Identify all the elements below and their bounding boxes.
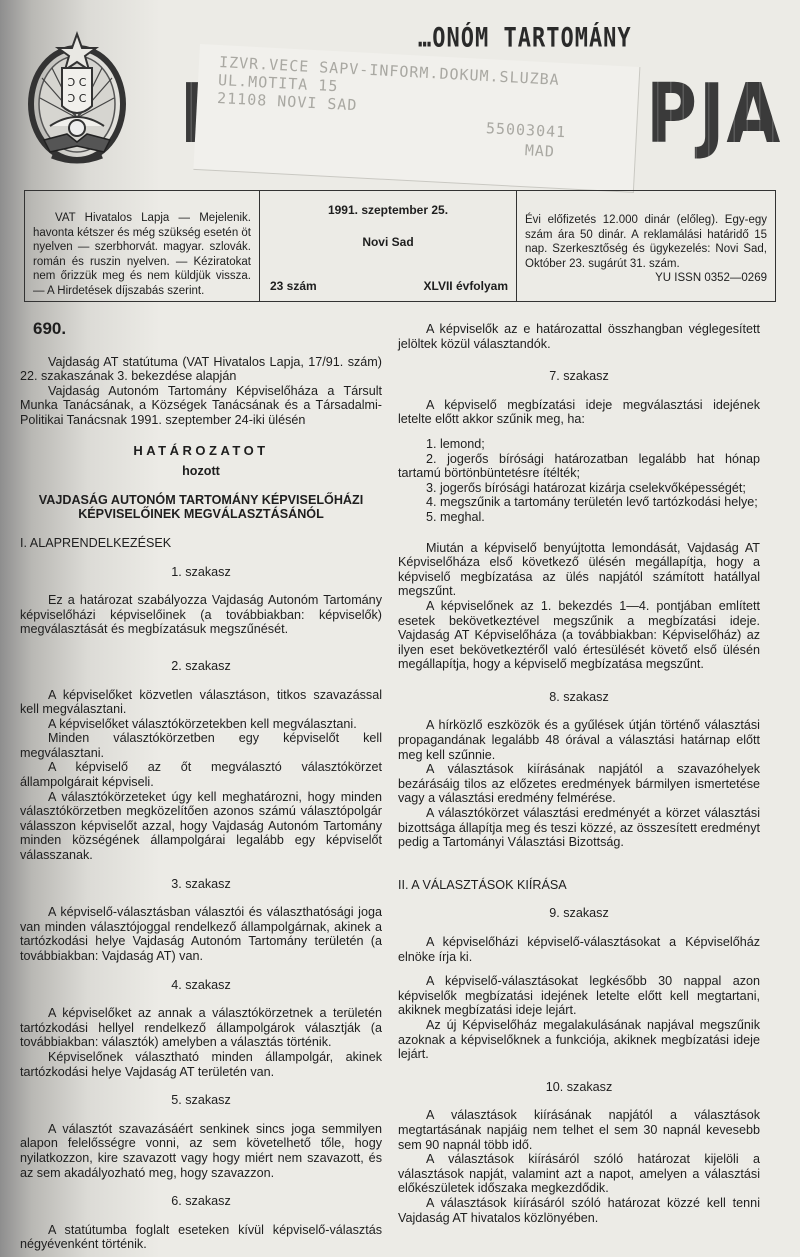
preamble-2: Vajdaság Autonóm Tartomány Képviselőháza… [20, 384, 382, 428]
svg-text:Ͻ C: Ͻ C [68, 76, 87, 89]
resolution-title: VAJDASÁG AUTONÓM TARTOMÁNY KÉPVISELŐHÁZI… [20, 493, 382, 522]
document-type-title: HATÁROZATOT [20, 444, 382, 459]
section-2-heading: 2. szakasz [20, 659, 382, 674]
section-2-paragraph: Minden választókörzetben egy képviselőt … [20, 731, 382, 760]
svg-text:Ͻ C: Ͻ C [68, 92, 87, 105]
subscription-info: Évi előfizetés 12.000 dinár (előleg). Eg… [517, 191, 775, 301]
section-8-paragraph: A választókörzet választási eredményét a… [398, 806, 760, 850]
chapter-2-heading: II. A VÁLASZTÁSOK KIÍRÁSA [398, 878, 760, 893]
section-9-paragraph: A képviselő-választásokat legkésőbb 30 n… [398, 974, 760, 1018]
section-7-list-item: 2. jogerős bírósági határozatban legaláb… [398, 452, 760, 481]
section-8-heading: 8. szakasz [398, 690, 760, 705]
preamble-1: Vajdaság AT statútuma (VAT Hivatalos Lap… [20, 355, 382, 384]
section-9-heading: 9. szakasz [398, 906, 760, 921]
section-5-heading: 5. szakasz [20, 1093, 382, 1108]
section-1-heading: 1. szakasz [20, 565, 382, 580]
section-10-paragraph: A választások kiírásának napjától a vála… [398, 1108, 760, 1152]
stamp-code: MAD [524, 141, 555, 161]
section-4-paragraph: Képviselőnek választható minden állampol… [20, 1050, 382, 1079]
section-4-paragraph: A képviselőket az annak a választókörzet… [20, 1006, 382, 1050]
masthead-title-right: PJA [646, 82, 782, 162]
coat-of-arms-icon: Ͻ C Ͻ C [22, 28, 132, 168]
chapter-1-heading: I. ALAPRENDELKEZÉSEK [20, 536, 382, 551]
section-8-paragraph: A hírközlő eszközök és a gyűlések útján … [398, 718, 760, 762]
issue-details: 1991. szeptember 25. Novi Sad 23 szám XL… [260, 191, 517, 301]
publication-info-box: VAT Hivatalos Lapja — Mejelenik. havonta… [24, 190, 776, 302]
section-7-list-item: 5. meghal. [398, 510, 760, 525]
section-10-heading: 10. szakasz [398, 1080, 760, 1095]
section-3-heading: 3. szakasz [20, 877, 382, 892]
section-8-paragraph: A választások kiírásának napjától a szav… [398, 762, 760, 806]
section-2-paragraph: A képviselőket választókörzetekben kell … [20, 717, 382, 732]
section-3-paragraph: A képviselő-választásban választói és vá… [20, 905, 382, 963]
section-4-heading: 4. szakasz [20, 978, 382, 993]
document-hozott: hozott [20, 464, 382, 479]
issn: YU ISSN 0352—0269 [525, 271, 767, 286]
issue-city: Novi Sad [260, 235, 516, 250]
issue-volume: XLVII évfolyam [424, 279, 508, 294]
section-7-heading: 7. szakasz [398, 369, 760, 384]
section-2-paragraph: A képviselőket közvetlen választáson, ti… [20, 688, 382, 717]
section-7-intro: A képviselő megbízatási ideje megválaszt… [398, 398, 760, 427]
issue-date: 1991. szeptember 25. [260, 203, 516, 218]
section-6-paragraph: A statútumba foglalt eseteken kívül képv… [20, 1223, 382, 1252]
section-5-paragraph: A választót szavazásáért senkinek sincs … [20, 1122, 382, 1180]
stamp-number: 55003041 [486, 119, 567, 141]
section-10-paragraph: A választások kiírásáról szóló határozat… [398, 1152, 760, 1196]
section-1-paragraph: Ez a határozat szabályozza Vajdaság Auto… [20, 593, 382, 637]
gazette-page: Ͻ C Ͻ C HIVATALOS PJA IZVR.VECE SAPV-INF… [0, 0, 800, 1257]
section-2-paragraph: A választókörzeteket úgy kell meghatároz… [20, 790, 382, 863]
section-9-paragraph: Az új Képviselőház megalakulásának napjá… [398, 1018, 760, 1062]
section-6-heading: 6. szakasz [20, 1194, 382, 1209]
section-7-paragraph: A képviselőnek az 1. bekezdés 1—4. pontj… [398, 599, 760, 672]
publication-notice: VAT Hivatalos Lapja — Mejelenik. havonta… [25, 191, 260, 301]
section-7-list-item: 4. megszűnik a tartomány területén levő … [398, 495, 760, 510]
column-left: 690. Vajdaság AT statútuma (VAT Hivatalo… [20, 322, 382, 1252]
section-6-paragraph: A képviselők az e határozattal összhangb… [398, 322, 760, 351]
masthead-top-title: …ONÓM TARTOMÁNY [418, 24, 632, 54]
column-right: A képviselők az e határozattal összhangb… [398, 322, 760, 1225]
section-10-paragraph: A választások kiírásáról szóló határozat… [398, 1196, 760, 1225]
address-label-sticker: IZVR.VECE SAPV-INFORM.DOKUM.SLUZBA UL.MO… [193, 44, 640, 193]
document-number: 690. [33, 322, 382, 337]
issue-number: 23 szám [270, 279, 317, 294]
section-7-list-item: 3. jogerős bírósági határozat kizárja cs… [398, 481, 760, 496]
section-9-paragraph: A képviselőházi képviselő-választásokat … [398, 935, 760, 964]
section-7-paragraph: Miután a képviselő benyújtotta lemondásá… [398, 541, 760, 599]
subscription-text: Évi előfizetés 12.000 dinár (előleg). Eg… [525, 214, 767, 270]
section-2-paragraph: A képviselő az őt megválasztó választókö… [20, 760, 382, 789]
section-7-list-item: 1. lemond; [398, 437, 760, 452]
